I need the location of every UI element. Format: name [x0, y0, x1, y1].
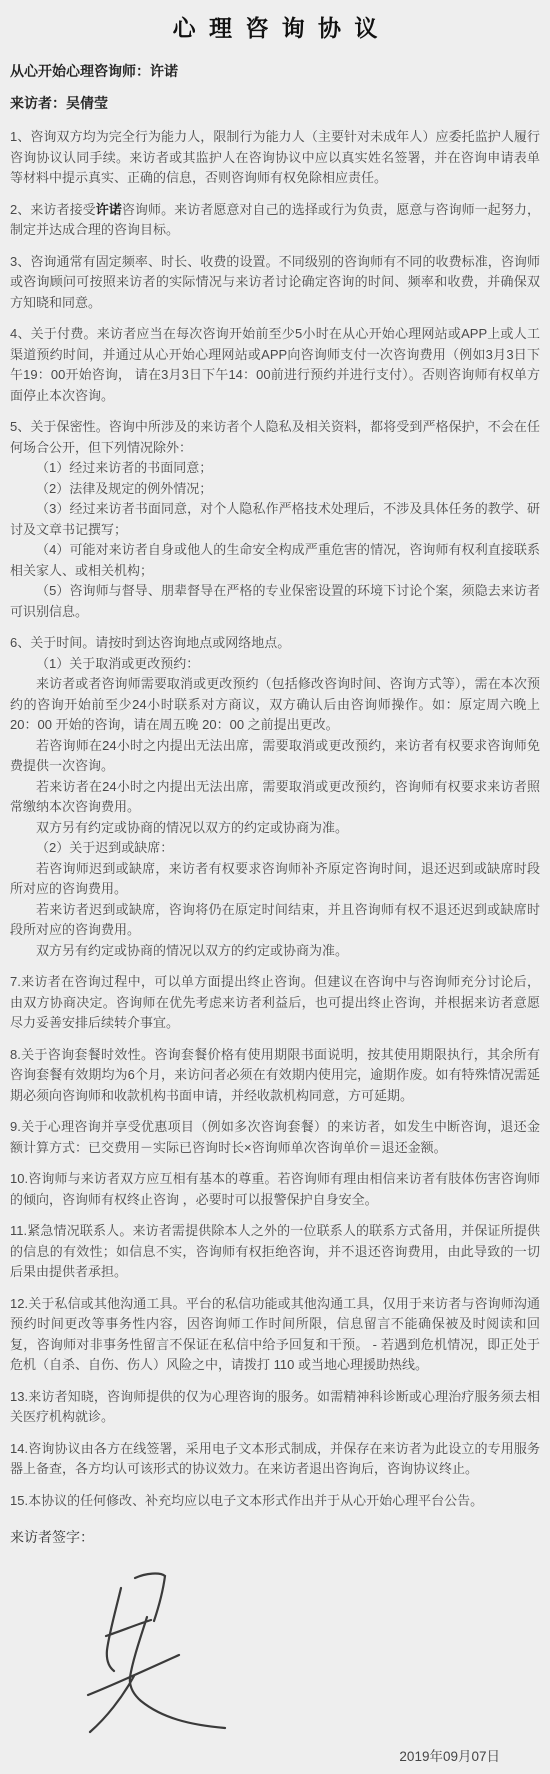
clause-paragraph: 若咨询师迟到或缺席，来访者有权要求咨询师补齐原定咨询时间，退还迟到或缺席时段所对…	[10, 859, 540, 900]
clause-paragraph: 2、来访者接受许诺咨询师。来访者愿意对自己的选择或行为负责，愿意与咨询师一起努力…	[10, 200, 540, 241]
signature-drawing	[80, 1559, 240, 1744]
clause-paragraph: 来访者或者咨询师需要取消或更改预约（包括修改咨询时间、咨询方式等），需在本次预约…	[10, 674, 540, 736]
clause-paragraph: 6、关于时间。请按时到达咨询地点或网络地点。	[10, 633, 540, 654]
clause-paragraph: 若来访者迟到或缺席，咨询将仍在原定时间结束，并且咨询师有权不退还迟到或缺席时段所…	[10, 900, 540, 941]
signature-label: 来访者签字：	[10, 1527, 540, 1547]
clause-paragraph: 若咨询师在24小时之内提出无法出席，需要取消或更改预约，来访者有权要求咨询师免费…	[10, 736, 540, 777]
clause-paragraph: 若来访者在24小时之内提出无法出席，需要取消或更改预约，咨询师有权要求来访者照常…	[10, 777, 540, 818]
clause-paragraph: 15.本协议的任何修改、补充均应以电子文本形式作出并于从心开始心理平台公告。	[10, 1491, 540, 1512]
agreement-page: 心理咨询协议 从心开始心理咨询师：许诺 来访者：吴倩莹 1、咨询双方均为完全行为…	[0, 0, 550, 1767]
client-line: 来访者：吴倩莹	[10, 93, 540, 113]
clause-paragraph: 14.咨询协议由各方在线签署，采用电子文本形式制成，并保存在来访者为此设立的专用…	[10, 1439, 540, 1480]
clause-paragraph: 7.来访者在咨询过程中，可以单方面提出终止咨询。但建议在咨询中与咨询师充分讨论后…	[10, 972, 540, 1034]
clause-paragraph: 双方另有约定或协商的情况以双方的约定或协商为准。	[10, 818, 540, 839]
clause-paragraph: 12.关于私信或其他沟通工具。平台的私信功能或其他沟通工具，仅用于来访者与咨询师…	[10, 1294, 540, 1376]
clause-paragraph: 3、咨询通常有固定频率、时长、收费的设置。不同级别的咨询师有不同的收费标准，咨询…	[10, 252, 540, 314]
clause-paragraph: （1）经过来访者的书面同意；	[10, 458, 540, 479]
agreement-body: 1、咨询双方均为完全行为能力人，限制行为能力人（主要针对未成年人）应委托监护人履…	[10, 127, 540, 1511]
page-title: 心理咨询协议	[10, 10, 540, 43]
clause-paragraph: 10.咨询师与来访者双方应互相有基本的尊重。若咨询师有理由相信来访者有肢体伤害咨…	[10, 1169, 540, 1210]
signature-date: 2019年09月07日	[10, 1747, 540, 1767]
clause-paragraph: 1、咨询双方均为完全行为能力人，限制行为能力人（主要针对未成年人）应委托监护人履…	[10, 127, 540, 189]
clause-paragraph: 13.来访者知晓，咨询师提供的仅为心理咨询的服务。如需精神科诊断或心理治疗服务须…	[10, 1387, 540, 1428]
clause-paragraph: （3）经过来访者书面同意，对个人隐私作严格技术处理后，不涉及具体任务的教学、研讨…	[10, 499, 540, 540]
clause-paragraph: （1）关于取消或更改预约：	[10, 654, 540, 675]
clause-paragraph: （2）关于迟到或缺席：	[10, 838, 540, 859]
clause-paragraph: 9.关于心理咨询并享受优惠项目（例如多次咨询套餐）的来访者，如发生中断咨询，退还…	[10, 1117, 540, 1158]
signature-stroke	[130, 1617, 225, 1728]
clause-paragraph: （2）法律及规定的例外情况；	[10, 479, 540, 500]
clause-paragraph: （5）咨询师与督导、朋辈督导在严格的专业保密设置的环境下讨论个案，须隐去来访者可…	[10, 581, 540, 622]
clause-paragraph: （4）可能对来访者自身或他人的生命安全构成严重危害的情况，咨询师有权利直接联系相…	[10, 540, 540, 581]
signature-stroke	[107, 1588, 121, 1671]
clause-paragraph: 11.紧急情况联系人。来访者需提供除本人之外的一位联系人的联系方式备用，并保证所…	[10, 1221, 540, 1283]
clause-paragraph: 4、关于付费。来访者应当在每次咨询开始前至少5小时在从心开始心理网站或APP上或…	[10, 324, 540, 406]
agreement-document: { "title": "心理咨询协议", "header": { "counse…	[0, 0, 550, 1774]
signature-area	[10, 1547, 540, 1747]
clause-paragraph: 8.关于咨询套餐时效性。咨询套餐价格有使用期限书面说明，按其使用期限执行，其余所…	[10, 1045, 540, 1107]
counselor-line: 从心开始心理咨询师：许诺	[10, 61, 540, 81]
signature-stroke	[135, 1574, 165, 1621]
clause-paragraph: 双方另有约定或协商的情况以双方的约定或协商为准。	[10, 941, 540, 962]
clause-paragraph: 5、关于保密性。咨询中所涉及的来访者个人隐私及相关资料，都将受到严格保护，不会在…	[10, 417, 540, 458]
